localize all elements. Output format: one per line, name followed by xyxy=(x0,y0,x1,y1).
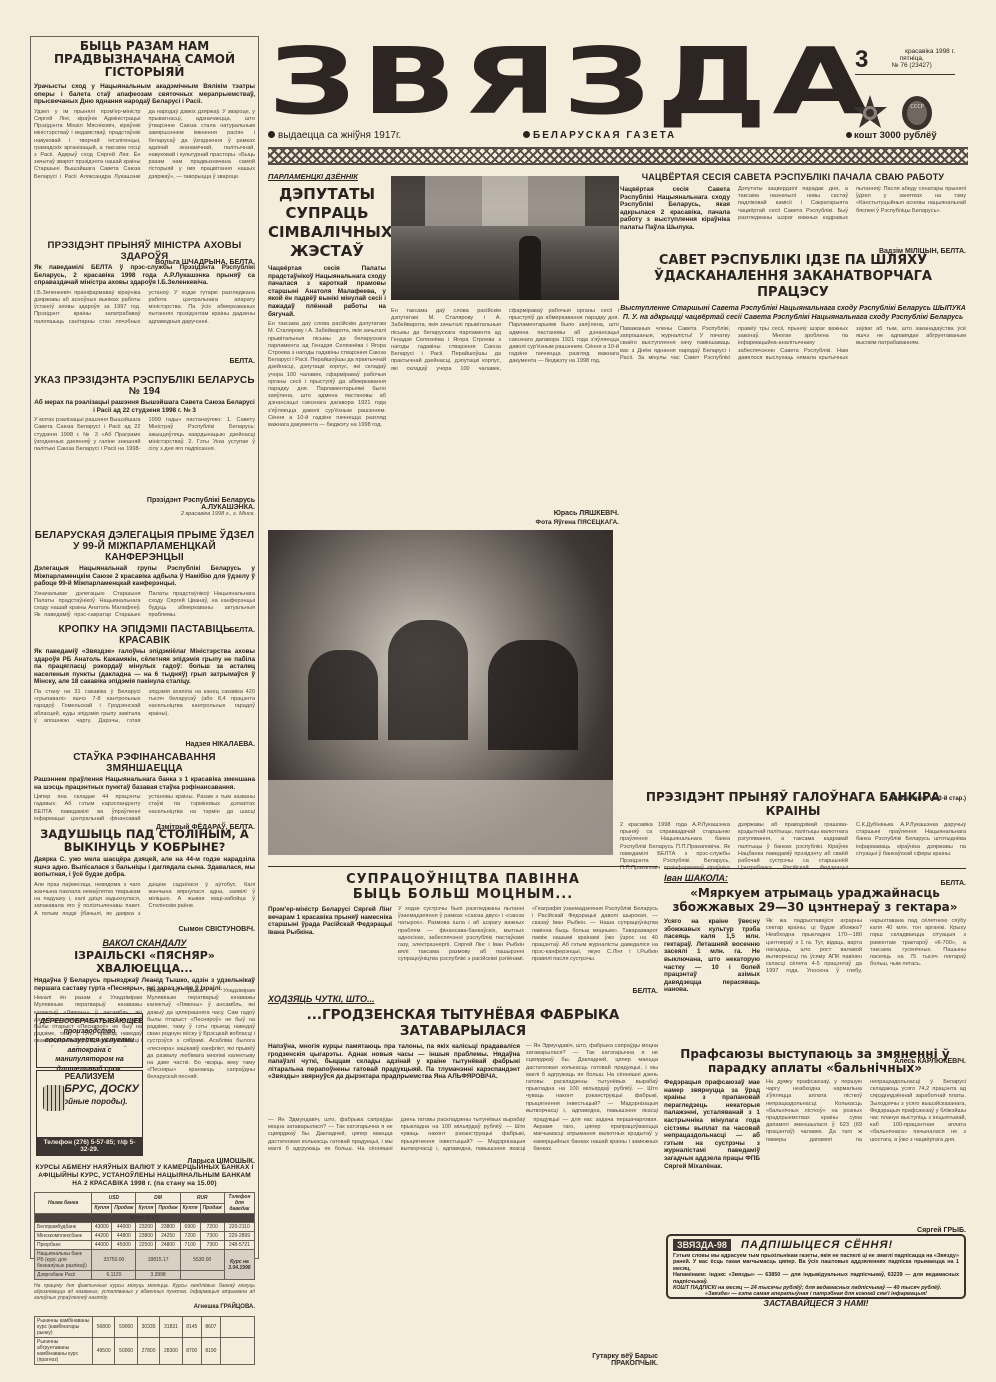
cell: 44000 xyxy=(112,1223,136,1232)
market-table: Рыначны камбінаваны курс (камбінатары ры… xyxy=(34,1316,255,1365)
cell: 45000 xyxy=(112,1241,136,1250)
subscription-cta: ЗАСТАВАЙЦЕСЯ З НАМІ! xyxy=(673,1298,959,1308)
issue-info: 3 красавіка 1998 г. пятніца, № 76 (23427… xyxy=(855,48,955,75)
cell: 22500 xyxy=(136,1241,156,1250)
photo-speaker xyxy=(519,236,541,300)
table-row: Рыначны камбінаваны курс (камбінатары ры… xyxy=(35,1317,255,1338)
col-usd: USD xyxy=(92,1193,136,1204)
article-refinancing: СТАЎКА РЭФІНАНСАВАННЯ ЗМЯНШАЕЦЦА Рашэнне… xyxy=(34,752,255,831)
cell: Рыначны камбінаваны курс (камбінатары ры… xyxy=(35,1317,93,1338)
cell: Дзяргабанк Расіі xyxy=(35,1271,92,1280)
cell: 5530.00 xyxy=(180,1250,224,1271)
body: Паважаныя члены Савета Рэспублікі, запро… xyxy=(620,326,966,796)
body-right: Ён таксама даў слова расійскім дэпутатам… xyxy=(391,308,619,508)
ad-product: БРУС, ДОСКУ xyxy=(61,1083,142,1095)
lead: Федэрацыя прафсаюзаў мае намер звярнуцца… xyxy=(664,1079,760,1170)
cell: 23200 xyxy=(136,1223,156,1232)
headline: БЫЦЬ РАЗАМ НАМ ПРАДВЫЗНАЧАНА САМОЙ ГІСТО… xyxy=(34,40,255,79)
body: Дэпутаты зацвердзілі парадак дня, а такс… xyxy=(738,186,966,248)
article-harvest: Іван ШАКОЛА: «Мяркуем атрымаць ураджайна… xyxy=(664,873,966,1065)
col-bank: Назва банка xyxy=(35,1193,92,1214)
rates-footnote: На працягу дня фактычныя курсы могуць мя… xyxy=(34,1283,255,1301)
body: 2 красавіка 1998 года А.Р.Лукашэнка прын… xyxy=(620,822,966,880)
cell: 6.1120 xyxy=(92,1271,136,1280)
divider xyxy=(664,868,966,869)
body: На думку прафсаюзаў, у першую чаргу неаб… xyxy=(766,1079,966,1227)
col-rur: RUR xyxy=(180,1193,224,1204)
divider xyxy=(268,866,658,867)
cell: 33750.00 xyxy=(92,1250,136,1271)
ad-phone[interactable]: Телефон (276) 5-57-85; т/ф 5-32-29. xyxy=(37,1137,142,1155)
byline: Юрась ЛЯШКЕВІЧ. xyxy=(391,510,619,517)
lead: Выступленне Старшыні Савета Рэспублікі Н… xyxy=(620,305,966,322)
lead: Напэўна, многія курцы памятаюць пра тало… xyxy=(268,1043,520,1081)
lead: Прэм'ер-міністр Беларусі Сяргей Лінг веч… xyxy=(268,906,392,936)
body: Як жа падрыхтаваўся аграрны сектар краін… xyxy=(766,918,966,1058)
sub-buy: Купля xyxy=(92,1203,112,1214)
body-right: Некалі ён разам з Уладзімірам Мулявіным … xyxy=(147,988,255,1156)
cell: 43000 xyxy=(92,1223,112,1232)
cell xyxy=(221,1317,255,1338)
photo-table xyxy=(268,780,613,855)
subscription-header: ЗВЯЗДА-98 ПАДПІШЫЦЕСЯ СЁННЯ! xyxy=(673,1239,959,1251)
kicker: ХОДЗЯЦЬ ЧУТКІ, ШТО... xyxy=(268,994,658,1004)
cell: 24250 xyxy=(156,1232,180,1241)
issue-date: красавіка 1998 г. xyxy=(855,48,955,55)
cell xyxy=(221,1338,255,1365)
table-row: Белпрамбудбанк 4300044000 2320023800 690… xyxy=(35,1223,255,1232)
sub-sell: Продаж xyxy=(112,1203,136,1214)
article-council-session: ЧАЦВЁРТАЯ СЕСІЯ САВЕТА РЭСПУБЛІКІ ПАЧАЛА… xyxy=(620,172,966,255)
cell: 7100 xyxy=(180,1241,200,1250)
cell: Мінсккомплексбанк xyxy=(35,1232,92,1241)
body: Удзел у ім прынялі прэм'ер-міністр Сярге… xyxy=(34,109,255,259)
cell: 28300 xyxy=(160,1338,182,1365)
founded-tagline: выдаецца са жніўня 1917г. xyxy=(278,130,401,141)
ad-banner: РЕАЛИЗУЕМ xyxy=(37,1072,142,1081)
cell: 59000 xyxy=(115,1317,137,1338)
lead: Даярка С. ужо мела шасцёра дзяцей, але н… xyxy=(34,856,255,879)
bullet-icon xyxy=(846,132,852,138)
byline: Гутарку вёў Барыс ПРАКОПЧЫК. xyxy=(558,1353,658,1367)
cell: 27800 xyxy=(137,1338,159,1365)
bullet-icon xyxy=(523,131,530,138)
cell: 6900 xyxy=(180,1223,200,1232)
body: Але праз паўмесяца, невядома з чаго жанч… xyxy=(34,882,255,926)
subscription-index: Напамінаем: індэкс «Звязды» — 63850 — дл… xyxy=(673,1272,959,1285)
cell: 3.3998 xyxy=(136,1271,180,1280)
table-row: Пріорбанк 4400045000 2250024800 71007300… xyxy=(35,1241,255,1250)
signature: Прэзідэнт Рэспублікі Беларусь А.ЛУКАШЭНК… xyxy=(145,497,255,511)
article-decree-194: УКАЗ ПРЭЗІДЭНТА РЭСПУБЛІКІ БЕЛАРУСЬ № 19… xyxy=(34,375,255,518)
ad-timber[interactable]: РЕАЛИЗУЕМ БРУС, ДОСКУ (хвойные породы). … xyxy=(36,1070,143,1156)
cell: 44200 xyxy=(92,1232,112,1241)
headline: САВЕТ РЭСПУБЛІКІ ІДЗЕ ПА ШЛЯХУ ЎДАСКАНАЛ… xyxy=(620,253,966,301)
headline: ПРЭЗІДЭНТ ПРЫНЯЎ МІНІСТРА АХОВЫ ЗДАРОЎЯ xyxy=(34,240,255,262)
sub-sell: Продаж xyxy=(156,1203,180,1214)
exchange-rates: КУРСЫ АБМЕНУ НАЯЎНЫХ ВАЛЮТ У КАМЕРЦЫЙНЫХ… xyxy=(34,1164,255,1365)
body: У ходзе сустрэчы былі разгледжаны пытанн… xyxy=(398,906,658,988)
body: Узначальвае дэлегацыю Старшыня Палаты пр… xyxy=(34,591,255,627)
cell: 229-2899 xyxy=(224,1232,254,1241)
ussr-medal-icon: СССР xyxy=(900,94,934,132)
headline: СУПРАЦОЎНІЦТВА ПАВІННА БЫЦЬ БОЛЬШ МОЦНЫМ… xyxy=(328,872,598,902)
tagline-row: выдаецца са жніўня 1917г. БЕЛАРУСКАЯ ГАЗ… xyxy=(268,130,968,144)
body-right: — Ян Эдмундавіч, што, фабрыка сапраўды м… xyxy=(526,1043,658,1113)
sub-buy: Купля xyxy=(180,1203,200,1214)
order-star-icon xyxy=(851,94,889,132)
lead: Урачысты сход у Нацыянальным акадэмічным… xyxy=(34,83,255,106)
lead: Рашэннем праўлення Нацыянальнага банка з… xyxy=(34,776,255,791)
ad-crane[interactable]: ДЕРЕВООБРАБАТЫВАЮЩЕЕ производство воспол… xyxy=(36,1013,143,1068)
cell: 7300 xyxy=(200,1241,224,1250)
subscription-motto: «Звязда» — гэта самая аператыўная і патр… xyxy=(673,1291,959,1297)
headline: «Мяркуем атрымаць ураджайнасць збожжавых… xyxy=(664,886,966,914)
lead: Як паведамілі БЕЛТА ў прэс-службы Прэзід… xyxy=(34,264,255,287)
cell: 8607 xyxy=(201,1317,220,1338)
cell: 56800 xyxy=(93,1317,115,1338)
subscription-title: ПАДПІШЫЦЕСЯ СЁННЯ! xyxy=(741,1239,893,1251)
ad-text: ДЕРЕВООБРАБАТЫВАЮЩЕЕ производство воспол… xyxy=(40,1017,139,1074)
headline: ...ГРОДЗЕНСКАЯ ТЫТУНЁВАЯ ФАБРЫКА ЗАТАВАР… xyxy=(268,1007,658,1039)
rates-table: Назва банка USD DM RUR Тэлефон для давед… xyxy=(34,1192,255,1280)
cell: 50000 xyxy=(115,1338,137,1365)
headline: ЧАЦВЁРТАЯ СЕСІЯ САВЕТА РЭСПУБЛІКІ ПАЧАЛА… xyxy=(620,172,966,182)
newspaper-page: БЫЦЬ РАЗАМ НАМ ПРАДВЫЗНАЧАНА САМОЙ ГІСТО… xyxy=(0,0,996,1382)
byline: БЕЛТА. xyxy=(34,358,255,365)
byline: Надзея НІКАЛАЕВА. xyxy=(34,741,255,748)
photo-figure xyxy=(388,620,468,740)
article-union-history: БЫЦЬ РАЗАМ НАМ ПРАДВЫЗНАЧАНА САМОЙ ГІСТО… xyxy=(34,40,255,266)
headline: ДЭПУТАТЫ СУПРАЦЬ СІМВАЛІЧНЫХ ЖЭСТАЎ xyxy=(268,185,386,261)
svg-text:СССР: СССР xyxy=(910,104,924,110)
meeting-photo xyxy=(268,530,613,855)
headline: КРОПКУ НА ЭПІДЭМІІ ПАСТАВІЦЬ КРАСАВІК xyxy=(34,624,255,646)
article-flu: КРОПКУ НА ЭПІДЭМІІ ПАСТАВІЦЬ КРАСАВІК Як… xyxy=(34,624,255,748)
cell xyxy=(180,1271,224,1280)
cell: Курс на 3.04.1998 xyxy=(224,1250,254,1280)
subtitle: БЕЛАРУСКАЯ ГАЗЕТА xyxy=(533,130,676,141)
cell: 18815.17 xyxy=(136,1250,180,1271)
sub-sell: Продаж xyxy=(200,1203,224,1214)
lead: Аб мерах па рэалізацыі рашэння Вышэйшага… xyxy=(34,399,255,414)
cell: Нацыянальны банк РБ (курс для безнаяўных… xyxy=(35,1250,92,1271)
byline: Сымон СВІСТУНОВІЧ. xyxy=(34,926,255,933)
cell: 220-2110 xyxy=(224,1223,254,1232)
headline: ІЗРАІЛЬСКІ «ПЯСНЯР» ХВАЛЮЕЦЦА... xyxy=(34,949,255,975)
headline: ЗАДУШЫЦЬ ПАД СТОЛІНЫМ, А ВЫКІНУЦЬ У КОБР… xyxy=(34,828,255,854)
cell: 7200 xyxy=(200,1223,224,1232)
rates-title: КУРСЫ АБМЕНУ НАЯЎНЫХ ВАЛЮТ У КАМЕРЦЫЙНЫХ… xyxy=(34,1164,255,1188)
headline: СТАЎКА РЭФІНАНСАВАННЯ ЗМЯНШАЕЦЦА xyxy=(34,752,255,774)
body: Па стану на 31 сакавіка ў Беларусі «грып… xyxy=(34,689,255,741)
price: кошт 3000 рублёў xyxy=(854,130,937,141)
table-row: Мінсккомплексбанк 4420044800 2380024250 … xyxy=(35,1232,255,1241)
article-sick-pay: Прафсаюзы выступаюць за змяненні ў парад… xyxy=(664,1047,966,1234)
cell: Пріорбанк xyxy=(35,1241,92,1250)
lead: Чацвёртая сесія Савета Рэспублікі Нацыян… xyxy=(620,186,730,232)
cell: 8145 xyxy=(182,1317,201,1338)
cell: Рыначны абгрунтаваны камбінаваны курс (п… xyxy=(35,1338,93,1365)
article-cooperation: СУПРАЦОЎНІЦТВА ПАВІННА БЫЦЬ БОЛЬШ МОЦНЫМ… xyxy=(268,872,658,995)
cell: 7200 xyxy=(180,1232,200,1241)
price-wrap: кошт 3000 рублёў xyxy=(846,130,937,141)
article-kobryn: ЗАДУШЫЦЬ ПАД СТОЛІНЫМ, А ВЫКІНУЦЬ У КОБР… xyxy=(34,828,255,933)
headline: УКАЗ ПРЭЗІДЭНТА РЭСПУБЛІКІ БЕЛАРУСЬ № 19… xyxy=(34,375,255,397)
photo-figure xyxy=(488,640,578,750)
cell: 30335 xyxy=(137,1317,159,1338)
log-icon xyxy=(43,1085,65,1111)
bullet-icon xyxy=(268,131,275,138)
photo-figure xyxy=(308,650,378,740)
byline: Сяргей ГРЫБ. xyxy=(664,1227,966,1234)
place-date: 2 красавіка 1998 г., г. Мінск. xyxy=(34,511,255,518)
subtitle-wrap: БЕЛАРУСКАЯ ГАЗЕТА xyxy=(523,130,676,141)
cell: 24800 xyxy=(156,1241,180,1250)
headline: Прафсаюзы выступаюць за змяненні ў парад… xyxy=(664,1047,966,1075)
article-delegation: БЕЛАРУСКАЯ ДЭЛЕГАЦЫЯ ПРЫМЕ ЎДЗЕЛ У 99-Й … xyxy=(34,530,255,634)
photo-credit: Фота Яўгена ПЯСЕЦКАГА. xyxy=(391,519,619,526)
cell: 44000 xyxy=(92,1241,112,1250)
body: Цяпер яна складае 44 працэнты гадавых. А… xyxy=(34,794,255,824)
headline: БЕЛАРУСКАЯ ДЭЛЕГАЦЫЯ ПРЫМЕ ЎДЗЕЛ У 99-Й … xyxy=(34,530,255,563)
newspaper-title: ЗВЯЗДА xyxy=(268,36,874,128)
cell: 23800 xyxy=(156,1223,180,1232)
subscription-badge: ЗВЯЗДА-98 xyxy=(673,1239,731,1251)
region-band: Мінск (8-17) xyxy=(35,1214,255,1223)
ornament-band xyxy=(268,147,968,165)
rates-author: Агнешка ГРАЙЦОВА. xyxy=(34,1304,255,1310)
photo-hall-wall xyxy=(391,176,619,226)
cell: 7300 xyxy=(200,1232,224,1241)
subscription-box[interactable]: ЗВЯЗДА-98 ПАДПІШЫЦЕСЯ СЁННЯ! Гэтым словы… xyxy=(666,1234,966,1299)
body: — Ян Эдмундавіч, што, фабрыка сапраўды м… xyxy=(268,1117,658,1353)
table-row-cross: Дзяргабанк Расіі 6.1120 3.3998 xyxy=(35,1271,255,1280)
cell: Белпрамбудбанк xyxy=(35,1223,92,1232)
cell: 248-5721 xyxy=(224,1241,254,1250)
cell: 49500 xyxy=(93,1338,115,1365)
subscription-body: Гэтым словы мы адрасуем тым прыхільнікам… xyxy=(673,1253,959,1272)
col-dm: DM xyxy=(136,1193,180,1204)
table-row: Рыначны абгрунтаваны камбінаваны курс (п… xyxy=(35,1338,255,1365)
body: У мэтах рэалізацыі рашэння Вышэйшага Сав… xyxy=(34,417,255,497)
lead: Чацвёртая сесія Палаты прадстаўнікоў Нац… xyxy=(268,265,386,318)
kicker: ВАКОЛ СКАНДАЛУ xyxy=(34,938,255,948)
parliament-photo xyxy=(391,176,619,300)
kicker: Іван ШАКОЛА: xyxy=(664,873,966,883)
col-phone: Тэлефон для даведак xyxy=(224,1193,254,1214)
cell: 8700 xyxy=(182,1338,201,1365)
cell: 44800 xyxy=(112,1232,136,1241)
issue-weekday: пятніца, xyxy=(855,55,955,62)
sub-buy: Купля xyxy=(136,1203,156,1214)
headline: ПРЭЗІДЭНТ ПРЫНЯЎ ГАЛОЎНАГА БАНКІРА КРАІН… xyxy=(620,790,966,818)
issue-number: № 76 (23427) xyxy=(855,62,955,69)
cell: 8190 xyxy=(201,1338,220,1365)
table-row-official: Нацыянальны банк РБ (курс для безнаяўных… xyxy=(35,1250,255,1271)
article-health-minister: ПРЭЗІДЭНТ ПРЫНЯЎ МІНІСТРА АХОВЫ ЗДАРОЎЯ … xyxy=(34,240,255,365)
issue-day: 3 xyxy=(855,48,868,72)
lead: Дэлегацыя Нацыянальнай групы Рэспублікі … xyxy=(34,565,255,588)
lead: Усяго на краіне ўвесну збожжавых культур… xyxy=(664,918,760,994)
body: І.Б.Зеленкевіч праінфармаваў кіраўніка д… xyxy=(34,290,255,358)
article-lawmaking: САВЕТ РЭСПУБЛІКІ ІДЗЕ ПА ШЛЯХУ ЎДАСКАНАЛ… xyxy=(620,253,966,802)
cell: 23800 xyxy=(136,1232,156,1241)
lead: Як паведаміў «Звяздзе» галоўны эпідэміёл… xyxy=(34,648,255,686)
article-tobacco: ХОДЗЯЦЬ ЧУТКІ, ШТО... ...ГРОДЗЕНСКАЯ ТЫТ… xyxy=(268,994,658,1367)
cell: 31831 xyxy=(160,1317,182,1338)
